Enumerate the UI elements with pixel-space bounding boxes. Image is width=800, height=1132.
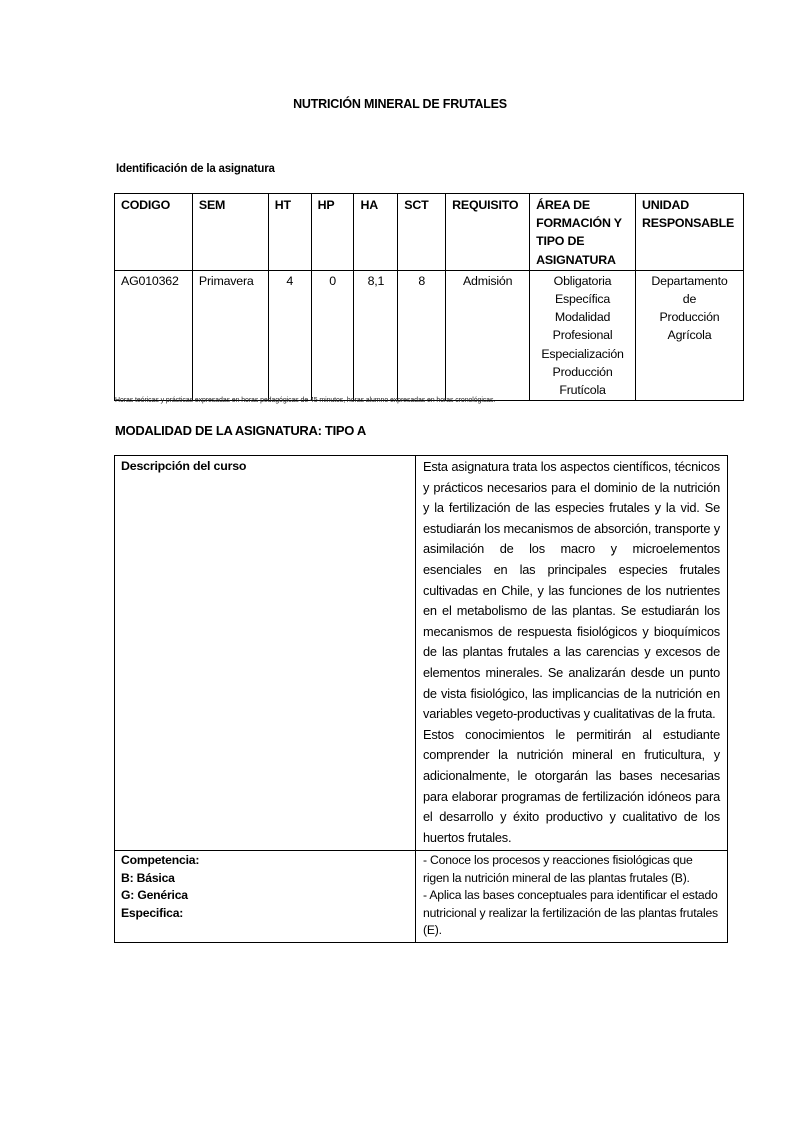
header-requisito: REQUISITO <box>446 194 530 271</box>
header-hp: HP <box>311 194 354 271</box>
area-line: Obligatoria <box>536 272 629 290</box>
header-sct: SCT <box>398 194 446 271</box>
competence-label: Especifica: <box>121 905 409 923</box>
hours-footnote: Horas teóricas y prácticas expresadas en… <box>115 397 495 404</box>
cell-requisito: Admisión <box>446 270 530 400</box>
identification-table: CODIGO SEM HT HP HA SCT REQUISITO ÁREA D… <box>114 193 744 401</box>
competence-label: Competencia: <box>121 852 409 870</box>
cell-hp: 0 <box>311 270 354 400</box>
description-row: Descripción del curso Esta asignatura tr… <box>115 456 728 851</box>
competence-row: Competencia: B: Básica G: Genérica Espec… <box>115 851 728 943</box>
table-row: AG010362 Primavera 4 0 8,1 8 Admisión Ob… <box>115 270 744 400</box>
unidad-line: Departamento <box>642 272 737 290</box>
unidad-line: de <box>642 290 737 308</box>
competence-item: - Aplica las bases conceptuales para ide… <box>423 887 720 940</box>
cell-ha: 8,1 <box>354 270 398 400</box>
competence-items: - Conoce los procesos y reacciones fisio… <box>416 851 728 943</box>
document-title: NUTRICIÓN MINERAL DE FRUTALES <box>0 97 800 111</box>
cell-codigo: AG010362 <box>115 270 193 400</box>
modality-heading: MODALIDAD DE LA ASIGNATURA: TIPO A <box>115 423 366 438</box>
cell-unidad: Departamento de Producción Agrícola <box>635 270 743 400</box>
area-line: Específica <box>536 290 629 308</box>
area-line: Frutícola <box>536 381 629 399</box>
competence-labels: Competencia: B: Básica G: Genérica Espec… <box>115 851 416 943</box>
competence-item: - Conoce los procesos y reacciones fisio… <box>423 852 720 887</box>
cell-ht: 4 <box>268 270 311 400</box>
cell-area: Obligatoria Específica Modalidad Profesi… <box>530 270 636 400</box>
area-line: Especialización <box>536 345 629 363</box>
header-ha: HA <box>354 194 398 271</box>
competence-label: G: Genérica <box>121 887 409 905</box>
course-table: Descripción del curso Esta asignatura tr… <box>114 455 728 943</box>
header-sem: SEM <box>192 194 268 271</box>
header-area: ÁREA DE FORMACIÓN Y TIPO DE ASIGNATURA <box>530 194 636 271</box>
unidad-line: Agrícola <box>642 326 737 344</box>
unidad-line: Producción <box>642 308 737 326</box>
competence-label: B: Básica <box>121 870 409 888</box>
table-header-row: CODIGO SEM HT HP HA SCT REQUISITO ÁREA D… <box>115 194 744 271</box>
header-codigo: CODIGO <box>115 194 193 271</box>
description-paragraph: Estos conocimientos le permitirán al est… <box>423 725 720 849</box>
description-label: Descripción del curso <box>115 456 416 851</box>
identification-heading: Identificación de la asignatura <box>116 163 275 175</box>
cell-sct: 8 <box>398 270 446 400</box>
area-line: Profesional <box>536 326 629 344</box>
header-ht: HT <box>268 194 311 271</box>
description-text: Esta asignatura trata los aspectos cient… <box>416 456 728 851</box>
area-line: Producción <box>536 363 629 381</box>
area-line: Modalidad <box>536 308 629 326</box>
cell-sem: Primavera <box>192 270 268 400</box>
description-paragraph: Esta asignatura trata los aspectos cient… <box>423 457 720 725</box>
header-unidad: UNIDAD RESPONSABLE <box>635 194 743 271</box>
